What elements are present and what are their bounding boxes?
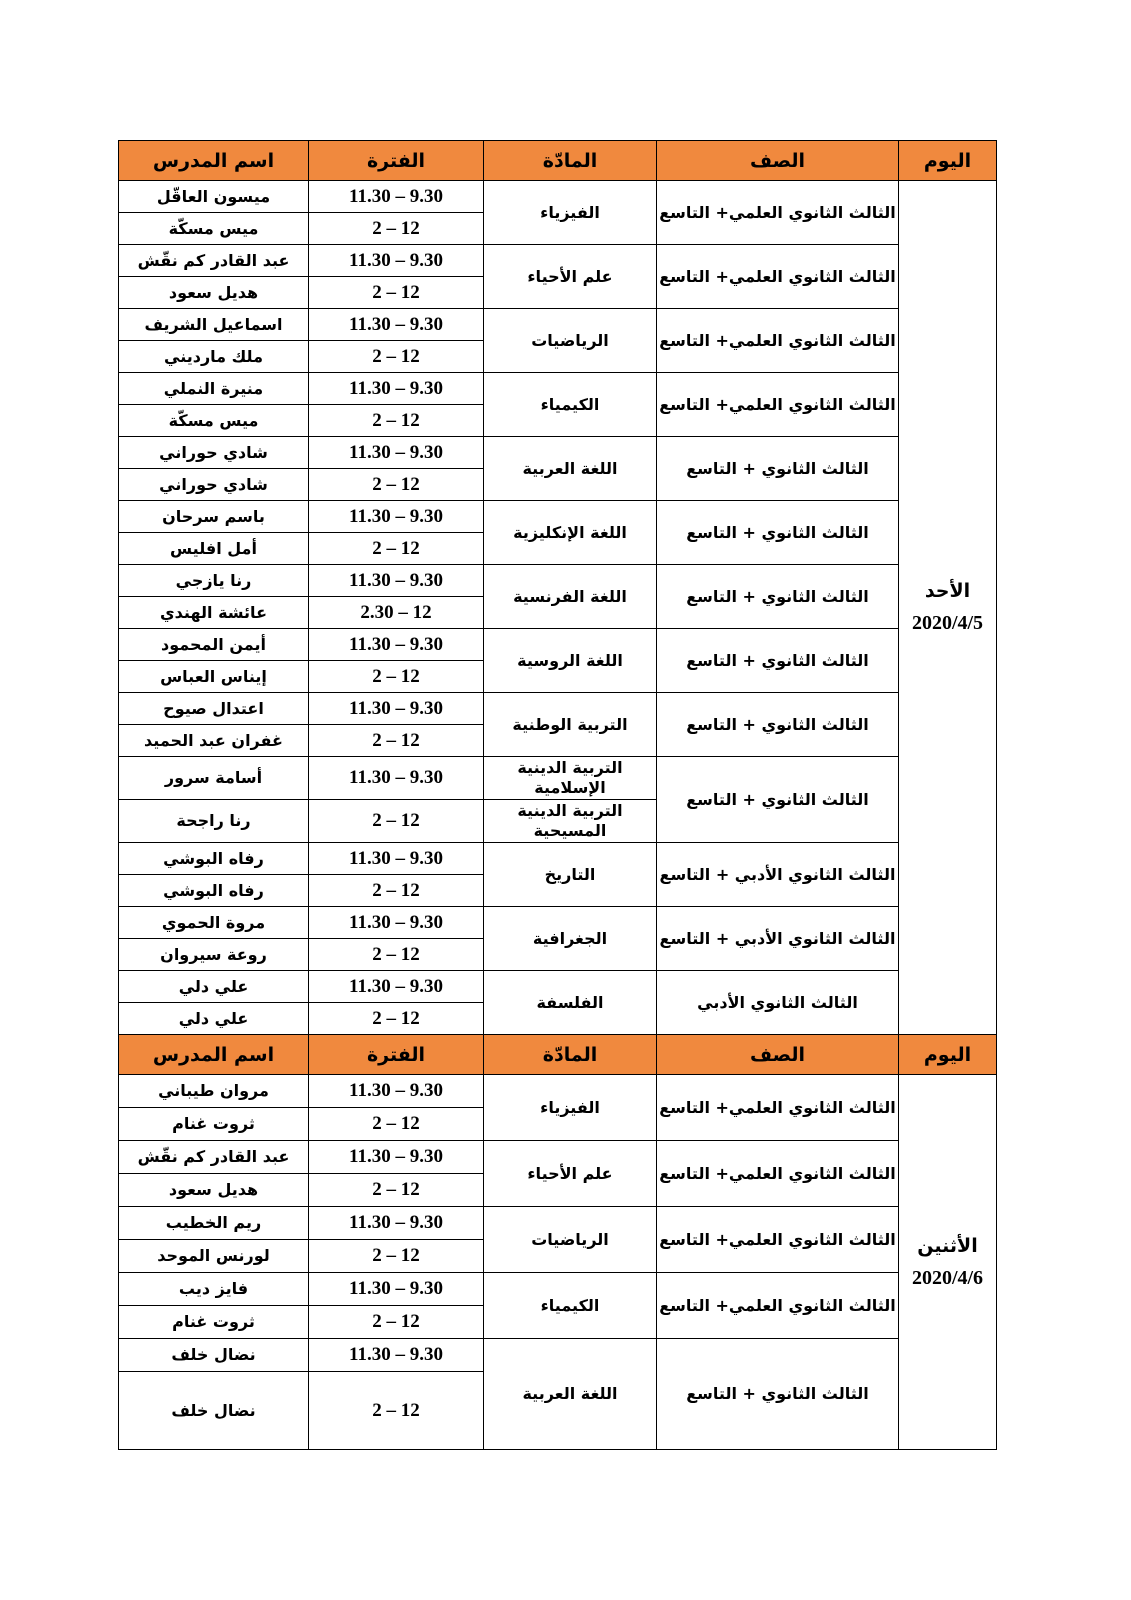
period-cell: 11.30 – 9.30 [309, 1339, 484, 1372]
subject-cell: الفيزياء [484, 1075, 657, 1141]
subject-cell: اللغة الروسية [484, 629, 657, 693]
header-row: اليومالصفالمادّةالفترةاسم المدرس [119, 141, 997, 181]
teacher-cell: أسامة سرور [119, 757, 309, 800]
day-date: 2020/4/6 [901, 1267, 994, 1290]
subject-label: التربية الدينية المسيحية [517, 801, 622, 840]
subject-label: اللغة العربية [522, 1384, 617, 1403]
class-cell: الثالث الثانوي الأدبي [657, 971, 899, 1035]
day-name: الأحد [901, 580, 994, 602]
subject-cell: الفيزياء [484, 181, 657, 245]
class-label: الثالث الثانوي + التاسع [686, 651, 869, 670]
subject-cell: اللغة العربية [484, 1339, 657, 1450]
class-label: الثالث الثانوي الأدبي + التاسع [660, 865, 896, 884]
teacher-cell: اعتدال صيوح [119, 693, 309, 725]
period-cell: 2 – 12 [309, 1174, 484, 1207]
class-label: الثالث الثانوي العلمي+ التاسع [659, 203, 896, 222]
teacher-cell: فايز ديب [119, 1273, 309, 1306]
teacher-name: اسماعيل الشريف [144, 315, 282, 334]
table-row: الثالث الثانوي العلمي+ التاسععلم الأحياء… [119, 1141, 997, 1174]
class-cell: الثالث الثانوي + التاسع [657, 565, 899, 629]
table-row: الثالث الثانوي + التاسعاللغة الإنكليزية1… [119, 501, 997, 533]
teacher-name: إيناس العباس [160, 667, 267, 686]
period-value: 2 – 12 [372, 1113, 420, 1135]
class-label: الثالث الثانوي + التاسع [686, 587, 869, 606]
period-cell: 11.30 – 9.30 [309, 907, 484, 939]
teacher-cell: رفاه البوشي [119, 875, 309, 907]
period-value: 11.30 – 9.30 [349, 378, 443, 400]
subject-label: اللغة العربية [522, 459, 617, 478]
teacher-name: شادي حوراني [159, 443, 268, 462]
class-label: الثالث الثانوي العلمي+ التاسع [659, 267, 896, 286]
header-day-label: اليوم [924, 1044, 971, 1066]
teacher-name: ريم الخطيب [166, 1213, 261, 1232]
teacher-cell: رفاه البوشي [119, 843, 309, 875]
period-value: 2 – 12 [372, 346, 420, 368]
day-cell: الأحد2020/4/5 [899, 181, 997, 1035]
subject-label: اللغة الروسية [517, 651, 623, 670]
period-value: 11.30 – 9.30 [349, 506, 443, 528]
period-cell: 2 – 12 [309, 661, 484, 693]
teacher-name: نضال خلف [171, 1345, 255, 1364]
teacher-name: عبد القادر كم نقّش [138, 251, 290, 270]
teacher-name: رنا راجحة [176, 811, 250, 830]
teacher-cell: منيرة النملي [119, 373, 309, 405]
teacher-name: أسامة سرور [165, 768, 262, 787]
period-value: 2 – 12 [372, 1008, 420, 1030]
class-label: الثالث الثانوي العلمي+ التاسع [659, 1230, 896, 1249]
period-value: 11.30 – 9.30 [349, 1146, 443, 1168]
period-value: 2 – 12 [372, 1179, 420, 1201]
table-row: الثالث الثانوي العلمي+ التاسعالكيمياء11.… [119, 373, 997, 405]
subject-cell: الكيمياء [484, 373, 657, 437]
table-row: الثالث الثانوي الأدبي + التاسعالجغرافية1… [119, 907, 997, 939]
header-period: الفترة [309, 1035, 484, 1075]
period-cell: 11.30 – 9.30 [309, 565, 484, 597]
period-cell: 2 – 12 [309, 1240, 484, 1273]
header-teacher-label: اسم المدرس [153, 1044, 274, 1066]
subject-label: الفيزياء [540, 203, 600, 222]
teacher-cell: مروان طيباني [119, 1075, 309, 1108]
header-class-label: الصف [750, 1044, 805, 1066]
subject-cell: التاريخ [484, 843, 657, 907]
subject-cell: الكيمياء [484, 1273, 657, 1339]
teacher-cell: ميسون العاقّل [119, 181, 309, 213]
class-cell: الثالث الثانوي العلمي+ التاسع [657, 1207, 899, 1273]
header-period: الفترة [309, 141, 484, 181]
subject-label: الكيمياء [541, 1296, 600, 1315]
teacher-cell: مروة الحموي [119, 907, 309, 939]
header-day: اليوم [899, 1035, 997, 1075]
teacher-cell: علي دلي [119, 971, 309, 1003]
teacher-name: ثروت غنام [172, 1114, 255, 1133]
header-class-label: الصف [750, 150, 805, 172]
header-period-label: الفترة [367, 150, 425, 172]
teacher-name: أمل افليس [170, 539, 257, 558]
period-cell: 2 – 12 [309, 405, 484, 437]
teacher-name: مروان طيباني [158, 1081, 269, 1100]
teacher-cell: عبد القادر كم نقّش [119, 1141, 309, 1174]
subject-cell: الجغرافية [484, 907, 657, 971]
header-day-label: اليوم [924, 150, 971, 172]
period-value: 2 – 12 [372, 410, 420, 432]
period-cell: 2 – 12 [309, 1306, 484, 1339]
teacher-cell: إيناس العباس [119, 661, 309, 693]
subject-label: اللغة الإنكليزية [513, 523, 627, 542]
header-class: الصف [657, 1035, 899, 1075]
class-cell: الثالث الثانوي العلمي+ التاسع [657, 1075, 899, 1141]
class-cell: الثالث الثانوي العلمي+ التاسع [657, 373, 899, 437]
period-cell: 2 – 12 [309, 725, 484, 757]
table-row: الثالث الثانوي + التاسعاللغة العربية11.3… [119, 1339, 997, 1372]
period-cell: 2 – 12 [309, 341, 484, 373]
class-cell: الثالث الثانوي الأدبي + التاسع [657, 907, 899, 971]
period-value: 2 – 12 [372, 538, 420, 560]
period-value: 2 – 12 [372, 810, 420, 832]
period-value: 11.30 – 9.30 [349, 250, 443, 272]
subject-label: الفلسفة [536, 993, 603, 1012]
teacher-cell: اسماعيل الشريف [119, 309, 309, 341]
class-cell: الثالث الثانوي + التاسع [657, 437, 899, 501]
table-row: الأحد2020/4/5الثالث الثانوي العلمي+ التا… [119, 181, 997, 213]
teacher-name: ميس مسكّة [169, 219, 259, 238]
teacher-cell: لورنس الموحد [119, 1240, 309, 1273]
period-cell: 2 – 12 [309, 277, 484, 309]
period-cell: 2 – 12 [309, 469, 484, 501]
period-value: 11.30 – 9.30 [349, 1278, 443, 1300]
day-date-value: 2020/4/5 [912, 612, 983, 635]
period-value: 11.30 – 9.30 [349, 698, 443, 720]
period-cell: 2 – 12 [309, 1003, 484, 1035]
teacher-name: عبد القادر كم نقّش [138, 1147, 290, 1166]
period-value: 2 – 12 [372, 282, 420, 304]
period-value: 11.30 – 9.30 [349, 1212, 443, 1234]
teacher-cell: باسم سرحان [119, 501, 309, 533]
period-cell: 11.30 – 9.30 [309, 245, 484, 277]
class-cell: الثالث الثانوي + التاسع [657, 629, 899, 693]
class-cell: الثالث الثانوي العلمي+ التاسع [657, 1141, 899, 1207]
header-subject: المادّة [484, 1035, 657, 1075]
period-value: 2 – 12 [372, 1400, 420, 1422]
period-value: 2 – 12 [372, 218, 420, 240]
period-value: 2.30 – 12 [360, 602, 431, 624]
subject-cell: التربية الدينية المسيحية [484, 800, 657, 843]
period-value: 11.30 – 9.30 [349, 912, 443, 934]
subject-label: التربية الدينية الإسلامية [517, 758, 622, 797]
teacher-name: ميس مسكّة [169, 411, 259, 430]
teacher-name: منيرة النملي [164, 379, 263, 398]
header-teacher: اسم المدرس [119, 1035, 309, 1075]
class-cell: الثالث الثانوي العلمي+ التاسع [657, 245, 899, 309]
table-row: الثالث الثانوي الأدبيالفلسفة11.30 – 9.30… [119, 971, 997, 1003]
subject-cell: اللغة العربية [484, 437, 657, 501]
teacher-name: باسم سرحان [162, 507, 265, 526]
subject-cell: الرياضيات [484, 309, 657, 373]
period-cell: 2 – 12 [309, 800, 484, 843]
teacher-name: رنا يازجي [176, 571, 252, 590]
period-cell: 11.30 – 9.30 [309, 1141, 484, 1174]
teacher-name: أيمن المحمود [161, 635, 266, 654]
period-cell: 11.30 – 9.30 [309, 181, 484, 213]
teacher-cell: نضال خلف [119, 1339, 309, 1372]
period-cell: 11.30 – 9.30 [309, 501, 484, 533]
period-value: 11.30 – 9.30 [349, 976, 443, 998]
period-value: 2 – 12 [372, 666, 420, 688]
teacher-cell: ثروت غنام [119, 1108, 309, 1141]
table-row: الثالث الثانوي + التاسعاللغة العربية11.3… [119, 437, 997, 469]
teacher-name: اعتدال صيوح [163, 699, 264, 718]
table-row: الأثنين2020/4/6الثالث الثانوي العلمي+ ال… [119, 1075, 997, 1108]
teacher-cell: شادي حوراني [119, 469, 309, 501]
header-teacher-label: اسم المدرس [153, 150, 274, 172]
period-value: 11.30 – 9.30 [349, 314, 443, 336]
class-label: الثالث الثانوي + التاسع [686, 1384, 869, 1403]
period-cell: 11.30 – 9.30 [309, 437, 484, 469]
header-subject-label: المادّة [543, 150, 598, 172]
period-value: 11.30 – 9.30 [349, 1344, 443, 1366]
table-row: الثالث الثانوي + التاسعالتربية الوطنية11… [119, 693, 997, 725]
class-cell: الثالث الثانوي + التاسع [657, 1339, 899, 1450]
subject-cell: الرياضيات [484, 1207, 657, 1273]
exam-schedule-table: اليومالصفالمادّةالفترةاسم المدرسالأحد202… [118, 140, 997, 1450]
period-value: 11.30 – 9.30 [349, 848, 443, 870]
subject-label: الكيمياء [541, 395, 600, 414]
class-cell: الثالث الثانوي العلمي+ التاسع [657, 309, 899, 373]
class-cell: الثالث الثانوي + التاسع [657, 693, 899, 757]
class-label: الثالث الثانوي العلمي+ التاسع [659, 331, 896, 350]
teacher-name: ملك مارديني [164, 347, 263, 366]
teacher-cell: ريم الخطيب [119, 1207, 309, 1240]
period-cell: 11.30 – 9.30 [309, 757, 484, 800]
teacher-cell: أيمن المحمود [119, 629, 309, 661]
teacher-cell: عائشة الهندي [119, 597, 309, 629]
subject-cell: التربية الدينية الإسلامية [484, 757, 657, 800]
teacher-cell: ميس مسكّة [119, 213, 309, 245]
teacher-name: فايز ديب [179, 1279, 248, 1298]
subject-label: الفيزياء [540, 1098, 600, 1117]
teacher-cell: نضال خلف [119, 1372, 309, 1450]
subject-cell: علم الأحياء [484, 1141, 657, 1207]
class-label: الثالث الثانوي + التاسع [686, 459, 869, 478]
subject-label: الجغرافية [533, 929, 607, 948]
period-value: 2 – 12 [372, 880, 420, 902]
teacher-name: علي دلي [179, 1009, 249, 1028]
teacher-name: نضال خلف [171, 1401, 255, 1420]
subject-cell: اللغة الفرنسية [484, 565, 657, 629]
teacher-cell: شادي حوراني [119, 437, 309, 469]
teacher-cell: هديل سعود [119, 1174, 309, 1207]
period-cell: 11.30 – 9.30 [309, 373, 484, 405]
period-cell: 11.30 – 9.30 [309, 693, 484, 725]
table-row: الثالث الثانوي + التاسعالتربية الدينية ا… [119, 757, 997, 800]
period-cell: 11.30 – 9.30 [309, 1273, 484, 1306]
class-cell: الثالث الثانوي العلمي+ التاسع [657, 1273, 899, 1339]
teacher-cell: روعة سيروان [119, 939, 309, 971]
class-label: الثالث الثانوي العلمي+ التاسع [659, 1164, 896, 1183]
period-cell: 11.30 – 9.30 [309, 1207, 484, 1240]
class-label: الثالث الثانوي العلمي+ التاسع [659, 395, 896, 414]
teacher-name: علي دلي [179, 977, 249, 996]
period-cell: 2 – 12 [309, 533, 484, 565]
period-cell: 2 – 12 [309, 1372, 484, 1450]
period-value: 11.30 – 9.30 [349, 186, 443, 208]
header-teacher: اسم المدرس [119, 141, 309, 181]
teacher-name: ميسون العاقّل [157, 187, 270, 206]
class-label: الثالث الثانوي + التاسع [686, 790, 869, 809]
header-subject-label: المادّة [543, 1044, 598, 1066]
teacher-name: رفاه البوشي [163, 881, 264, 900]
period-value: 2 – 12 [372, 730, 420, 752]
teacher-name: لورنس الموحد [157, 1246, 269, 1265]
period-value: 2 – 12 [372, 1311, 420, 1333]
day-cell: الأثنين2020/4/6 [899, 1075, 997, 1450]
teacher-cell: غفران عبد الحميد [119, 725, 309, 757]
header-row: اليومالصفالمادّةالفترةاسم المدرس [119, 1035, 997, 1075]
header-day: اليوم [899, 141, 997, 181]
table-row: الثالث الثانوي الأدبي + التاسعالتاريخ11.… [119, 843, 997, 875]
period-cell: 2 – 12 [309, 213, 484, 245]
period-value: 2 – 12 [372, 474, 420, 496]
period-cell: 11.30 – 9.30 [309, 1075, 484, 1108]
subject-label: اللغة الفرنسية [513, 587, 627, 606]
teacher-name: هديل سعود [169, 1180, 258, 1199]
schedule-body: اليومالصفالمادّةالفترةاسم المدرسالأحد202… [119, 141, 997, 1450]
period-value: 11.30 – 9.30 [349, 1080, 443, 1102]
period-value: 11.30 – 9.30 [349, 634, 443, 656]
period-value: 11.30 – 9.30 [349, 442, 443, 464]
teacher-cell: رنا راجحة [119, 800, 309, 843]
header-period-label: الفترة [367, 1044, 425, 1066]
class-label: الثالث الثانوي + التاسع [686, 523, 869, 542]
subject-cell: التربية الوطنية [484, 693, 657, 757]
class-label: الثالث الثانوي العلمي+ التاسع [659, 1098, 896, 1117]
period-cell: 2.30 – 12 [309, 597, 484, 629]
teacher-cell: ثروت غنام [119, 1306, 309, 1339]
day-name: الأثنين [901, 1235, 994, 1257]
document-page: اليومالصفالمادّةالفترةاسم المدرسالأحد202… [0, 0, 1131, 1600]
class-cell: الثالث الثانوي العلمي+ التاسع [657, 181, 899, 245]
teacher-name: رفاه البوشي [163, 849, 264, 868]
period-value: 2 – 12 [372, 1245, 420, 1267]
teacher-cell: ملك مارديني [119, 341, 309, 373]
table-row: الثالث الثانوي العلمي+ التاسعالرياضيات11… [119, 1207, 997, 1240]
teacher-name: غفران عبد الحميد [144, 731, 283, 750]
subject-cell: الفلسفة [484, 971, 657, 1035]
header-subject: المادّة [484, 141, 657, 181]
teacher-cell: أمل افليس [119, 533, 309, 565]
teacher-name: روعة سيروان [160, 945, 267, 964]
period-cell: 11.30 – 9.30 [309, 309, 484, 341]
class-cell: الثالث الثانوي + التاسع [657, 501, 899, 565]
header-class: الصف [657, 141, 899, 181]
period-cell: 2 – 12 [309, 939, 484, 971]
period-cell: 2 – 12 [309, 875, 484, 907]
period-cell: 11.30 – 9.30 [309, 843, 484, 875]
subject-cell: علم الأحياء [484, 245, 657, 309]
table-row: الثالث الثانوي العلمي+ التاسععلم الأحياء… [119, 245, 997, 277]
subject-cell: اللغة الإنكليزية [484, 501, 657, 565]
period-value: 11.30 – 9.30 [349, 767, 443, 789]
table-row: الثالث الثانوي + التاسعاللغة الروسية11.3… [119, 629, 997, 661]
teacher-name: شادي حوراني [159, 475, 268, 494]
class-cell: الثالث الثانوي + التاسع [657, 757, 899, 843]
teacher-name: هديل سعود [169, 283, 258, 302]
table-row: الثالث الثانوي العلمي+ التاسعالرياضيات11… [119, 309, 997, 341]
teacher-cell: ميس مسكّة [119, 405, 309, 437]
teacher-cell: علي دلي [119, 1003, 309, 1035]
subject-label: الرياضيات [531, 331, 609, 350]
period-value: 11.30 – 9.30 [349, 570, 443, 592]
table-row: الثالث الثانوي العلمي+ التاسعالكيمياء11.… [119, 1273, 997, 1306]
period-cell: 11.30 – 9.30 [309, 629, 484, 661]
class-label: الثالث الثانوي + التاسع [686, 715, 869, 734]
subject-label: التربية الوطنية [512, 715, 627, 734]
period-cell: 2 – 12 [309, 1108, 484, 1141]
teacher-name: مروة الحموي [162, 913, 265, 932]
table-row: الثالث الثانوي + التاسعاللغة الفرنسية11.… [119, 565, 997, 597]
teacher-name: ثروت غنام [172, 1312, 255, 1331]
class-cell: الثالث الثانوي الأدبي + التاسع [657, 843, 899, 907]
class-label: الثالث الثانوي الأدبي + التاسع [660, 929, 896, 948]
day-date-value: 2020/4/6 [912, 1267, 983, 1290]
subject-label: الرياضيات [531, 1230, 609, 1249]
teacher-cell: رنا يازجي [119, 565, 309, 597]
class-label: الثالث الثانوي العلمي+ التاسع [659, 1296, 896, 1315]
period-cell: 11.30 – 9.30 [309, 971, 484, 1003]
teacher-cell: عبد القادر كم نقّش [119, 245, 309, 277]
teacher-cell: هديل سعود [119, 277, 309, 309]
class-label: الثالث الثانوي الأدبي [697, 993, 858, 1012]
day-date: 2020/4/5 [901, 612, 994, 635]
period-value: 2 – 12 [372, 944, 420, 966]
subject-label: علم الأحياء [527, 267, 612, 286]
subject-label: التاريخ [545, 865, 596, 884]
subject-label: علم الأحياء [527, 1164, 612, 1183]
teacher-name: عائشة الهندي [160, 603, 267, 622]
